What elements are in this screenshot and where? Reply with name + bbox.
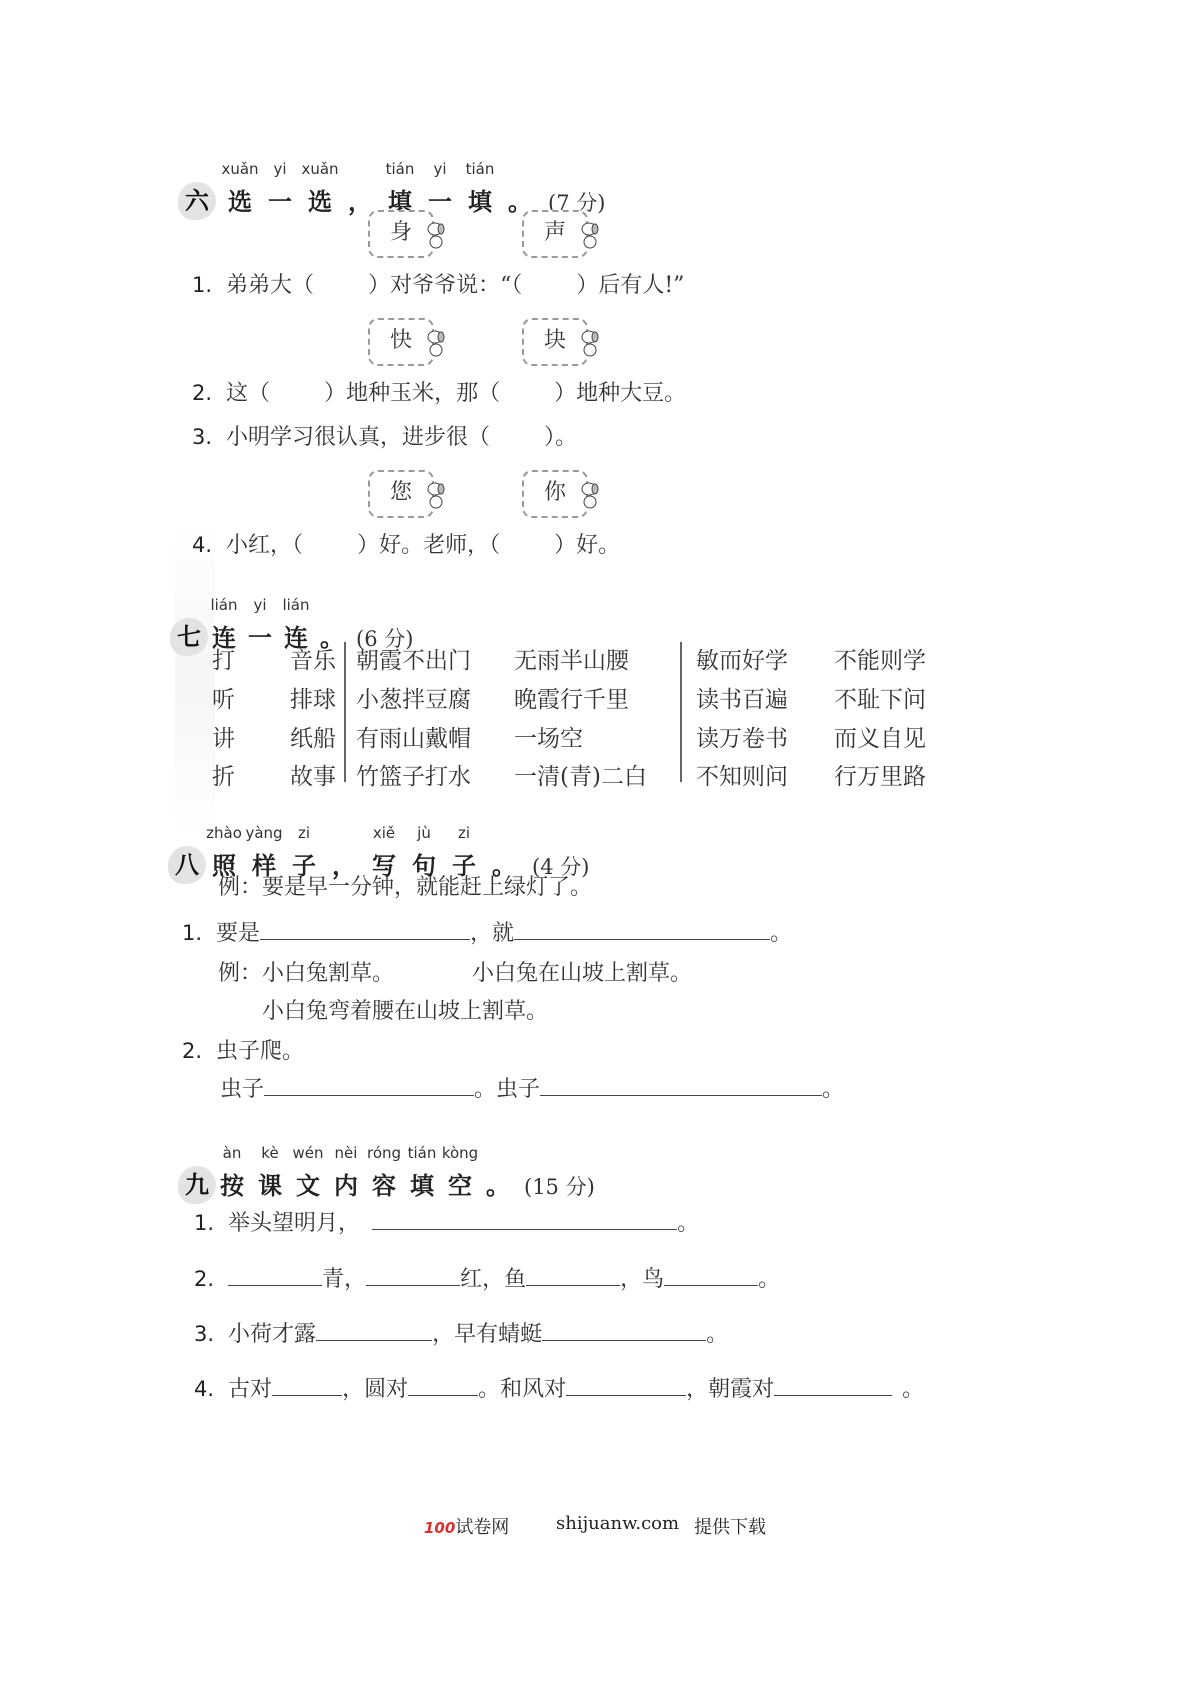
text: ）地种大豆。 <box>554 381 686 406</box>
pinyin: wén <box>292 1144 323 1162</box>
pinyin: kòng <box>442 1144 478 1162</box>
puppy-icon <box>580 480 602 510</box>
answer-line[interactable] <box>366 1263 460 1286</box>
text: ，圆对 <box>342 1377 408 1402</box>
text: 。 <box>822 1077 844 1102</box>
answer-line[interactable] <box>540 1073 822 1096</box>
text: ）好。 <box>554 533 620 558</box>
pinyin: zhào <box>206 824 242 842</box>
text: ，鸟 <box>620 1267 664 1292</box>
answer-line[interactable] <box>260 917 470 940</box>
title-char: 一yi <box>428 182 452 217</box>
match-item[interactable]: 讲 <box>212 720 235 753</box>
title-char: 选xuǎn <box>308 182 332 217</box>
pinyin: xuǎn <box>221 160 258 178</box>
title-char: 填tián <box>410 1166 434 1201</box>
title-char: 选xuǎn <box>228 182 252 217</box>
text: ）好。老师，（ <box>357 533 500 558</box>
puppy-icon <box>580 328 602 358</box>
text: 小红，（ <box>226 533 303 558</box>
match-item[interactable]: 排球 <box>290 681 336 714</box>
match-item[interactable]: 一清(青)二白 <box>514 758 647 791</box>
answer-line[interactable] <box>316 1318 432 1341</box>
text: ，就 <box>470 921 514 946</box>
match-item[interactable]: 小葱拌豆腐 <box>356 681 471 714</box>
example-expand-c: 小白兔弯着腰在山坡上割草。 <box>262 994 548 1025</box>
example-expand-b: 小白兔在山坡上割草。 <box>472 956 692 987</box>
title-char: 内nèi <box>334 1166 358 1201</box>
text: 。 <box>758 1267 780 1292</box>
answer-line[interactable] <box>272 1373 342 1396</box>
pinyin: tián <box>408 1144 437 1162</box>
text: 小荷才露 <box>228 1322 316 1347</box>
puppy-icon <box>426 220 448 250</box>
divider <box>344 642 346 782</box>
choice-card: 你 <box>522 470 588 518</box>
pinyin: xiě <box>373 824 395 842</box>
puppy-icon <box>426 480 448 510</box>
section-number: 八 <box>168 846 206 884</box>
pinyin: nèi <box>335 1144 358 1162</box>
footer-note: 提供下载 <box>694 1513 766 1539</box>
match-item[interactable]: 听 <box>212 681 235 714</box>
question-6-2: 2.这（）地种玉米，那（）地种大豆。 <box>192 376 686 407</box>
pinyin: àn <box>223 1144 242 1162</box>
question-6-3: 3.小明学习很认真，进步很（）。 <box>192 420 577 451</box>
question-8-2: 2.虫子爬。 <box>182 1034 304 1065</box>
match-item[interactable]: 敏而好学 <box>696 642 788 675</box>
match-item[interactable]: 折 <box>212 758 235 791</box>
answer-line[interactable] <box>228 1263 322 1286</box>
question-9-3: 3.小荷才露，早有蜻蜓。 <box>194 1317 728 1348</box>
pinyin: kè <box>261 1144 278 1162</box>
choice-card: 声 <box>522 210 588 258</box>
text: 。和风对 <box>478 1377 566 1402</box>
match-item[interactable]: 一场空 <box>514 720 583 753</box>
question-9-2: 2.青，红，鱼，鸟。 <box>194 1262 780 1293</box>
text: ）后有人!” <box>576 273 684 298</box>
section-number: 九 <box>178 1166 216 1204</box>
text: ）对爷爷说：“（ <box>368 273 522 298</box>
title-char: 。 <box>486 1166 510 1201</box>
pinyin: xuǎn <box>301 160 338 178</box>
title-char: 一yi <box>248 618 272 653</box>
match-item[interactable]: 行万里路 <box>834 758 926 791</box>
example-expand: 例：小白兔割草。 <box>218 956 394 987</box>
text: 。 <box>902 1377 924 1402</box>
example-sentence: 例：要是早一分钟，就能赶上绿灯了。 <box>218 870 592 901</box>
match-item[interactable]: 而义自见 <box>834 720 926 753</box>
question-number: 3. <box>192 425 212 449</box>
pinyin: tián <box>466 160 495 178</box>
puppy-icon <box>580 220 602 250</box>
answer-line[interactable] <box>372 1207 677 1230</box>
text: 。 <box>770 921 792 946</box>
example-label: 例： <box>218 961 262 986</box>
score: (15 分) <box>524 1175 595 1199</box>
question-number: 2. <box>192 381 212 405</box>
choice-char: 块 <box>544 328 566 353</box>
text: 青， <box>322 1267 366 1292</box>
pinyin: lián <box>210 596 237 614</box>
pinyin: jù <box>417 824 431 842</box>
pinyin: róng <box>367 1144 401 1162</box>
section-9-header: 九 按àn课kè文wén内nèi容róng填tián空kòng。(15 分) <box>178 1144 678 1204</box>
question-9-4: 4.古对，圆对。和风对，朝霞对。 <box>194 1372 924 1403</box>
title-char: 空kòng <box>448 1166 472 1201</box>
text: 虫子爬。 <box>216 1039 304 1064</box>
answer-line[interactable] <box>566 1373 686 1396</box>
pinyin: zi <box>298 824 310 842</box>
footer-logo: 100试卷网 <box>424 1513 509 1539</box>
title-char: ， <box>348 182 372 217</box>
pinyin: yi <box>433 160 446 178</box>
text: ，朝霞对 <box>686 1377 774 1402</box>
text: 虫子 <box>220 1077 264 1102</box>
title-char: 文wén <box>296 1166 320 1201</box>
title-char: 按àn <box>220 1166 244 1201</box>
answer-line[interactable] <box>664 1263 758 1286</box>
answer-line[interactable] <box>774 1373 892 1396</box>
choice-char: 您 <box>390 480 412 505</box>
answer-line[interactable] <box>526 1263 620 1286</box>
text: 弟弟大（ <box>226 273 314 298</box>
text: ）地种玉米，那（ <box>324 381 500 406</box>
text: 小明学习很认真，进步很（ <box>226 425 490 450</box>
text: 。虫子 <box>474 1077 540 1102</box>
question-number: 1. <box>192 273 212 297</box>
match-item[interactable]: 纸船 <box>290 720 336 753</box>
pinyin: zi <box>458 824 470 842</box>
answer-line[interactable] <box>542 1318 706 1341</box>
text: ，早有蜻蜓 <box>432 1322 542 1347</box>
question-number: 2. <box>194 1267 214 1291</box>
pinyin: yi <box>253 596 266 614</box>
question-number: 3. <box>194 1322 214 1346</box>
question-number: 1. <box>194 1211 214 1235</box>
answer-line[interactable] <box>514 917 770 940</box>
choice-char: 身 <box>390 220 412 245</box>
match-item[interactable]: 音乐 <box>290 642 336 675</box>
text: 红，鱼 <box>460 1267 526 1292</box>
match-item[interactable]: 不能则学 <box>834 642 926 675</box>
question-number: 2. <box>182 1039 202 1063</box>
title-char: 容róng <box>372 1166 396 1201</box>
pinyin: yi <box>273 160 286 178</box>
match-item[interactable]: 打 <box>212 642 235 675</box>
match-item[interactable]: 不知则问 <box>696 758 788 791</box>
choice-card: 您 <box>368 470 434 518</box>
text: 小白兔割草。 <box>262 961 394 986</box>
choice-card: 身 <box>368 210 434 258</box>
text: 要是 <box>216 921 260 946</box>
title-char: 课kè <box>258 1166 282 1201</box>
pinyin: yàng <box>245 824 282 842</box>
question-8-2-answer: 虫子。虫子。 <box>220 1072 844 1103</box>
text: 这（ <box>226 381 270 406</box>
question-number: 4. <box>192 533 212 557</box>
faint-watermark <box>175 520 215 840</box>
section-title: 按àn课kè文wén内nèi容róng填tián空kòng。(15 分) <box>220 1166 595 1201</box>
question-number: 1. <box>182 921 202 945</box>
match-item[interactable]: 晚霞行千里 <box>514 681 629 714</box>
puppy-icon <box>426 328 448 358</box>
question-6-4: 4.小红，（）好。老师，（）好。 <box>192 528 620 559</box>
match-item[interactable]: 故事 <box>290 758 336 791</box>
question-9-1: 1.举头望明月，。 <box>194 1206 699 1237</box>
question-8-1: 1.要是，就。 <box>182 916 792 947</box>
match-item[interactable]: 朝霞不出门 <box>356 642 471 675</box>
match-item[interactable]: 有雨山戴帽 <box>356 720 471 753</box>
title-char: 一yi <box>268 182 292 217</box>
pinyin: lián <box>282 596 309 614</box>
logo-100-icon: 100 <box>424 1519 455 1537</box>
divider <box>680 642 682 782</box>
choice-char: 你 <box>544 480 566 505</box>
text: 举头望明月， <box>228 1211 360 1236</box>
site-name: 试卷网 <box>455 1517 509 1538</box>
section-number: 七 <box>170 618 208 656</box>
answer-line[interactable] <box>408 1373 478 1396</box>
footer-url[interactable]: shijuanw.com <box>556 1513 679 1534</box>
choice-char: 快 <box>390 328 412 353</box>
choice-char: 声 <box>544 220 566 245</box>
pinyin: tián <box>386 160 415 178</box>
answer-line[interactable] <box>264 1073 474 1096</box>
match-item[interactable]: 读书百遍 <box>696 681 788 714</box>
match-item[interactable]: 读万卷书 <box>696 720 788 753</box>
match-item[interactable]: 不耻下问 <box>834 681 926 714</box>
title-char: 填tián <box>468 182 492 217</box>
choice-card: 快 <box>368 318 434 366</box>
text: ）。 <box>544 425 577 450</box>
question-6-1: 1.弟弟大（）对爷爷说：“（）后有人!” <box>192 268 684 299</box>
section-number: 六 <box>178 182 216 220</box>
choice-card: 块 <box>522 318 588 366</box>
match-item[interactable]: 竹篮子打水 <box>356 758 471 791</box>
text: 。 <box>706 1322 728 1347</box>
match-item[interactable]: 无雨半山腰 <box>514 642 629 675</box>
question-number: 4. <box>194 1377 214 1401</box>
text: 。 <box>677 1211 699 1236</box>
text: 古对 <box>228 1377 272 1402</box>
